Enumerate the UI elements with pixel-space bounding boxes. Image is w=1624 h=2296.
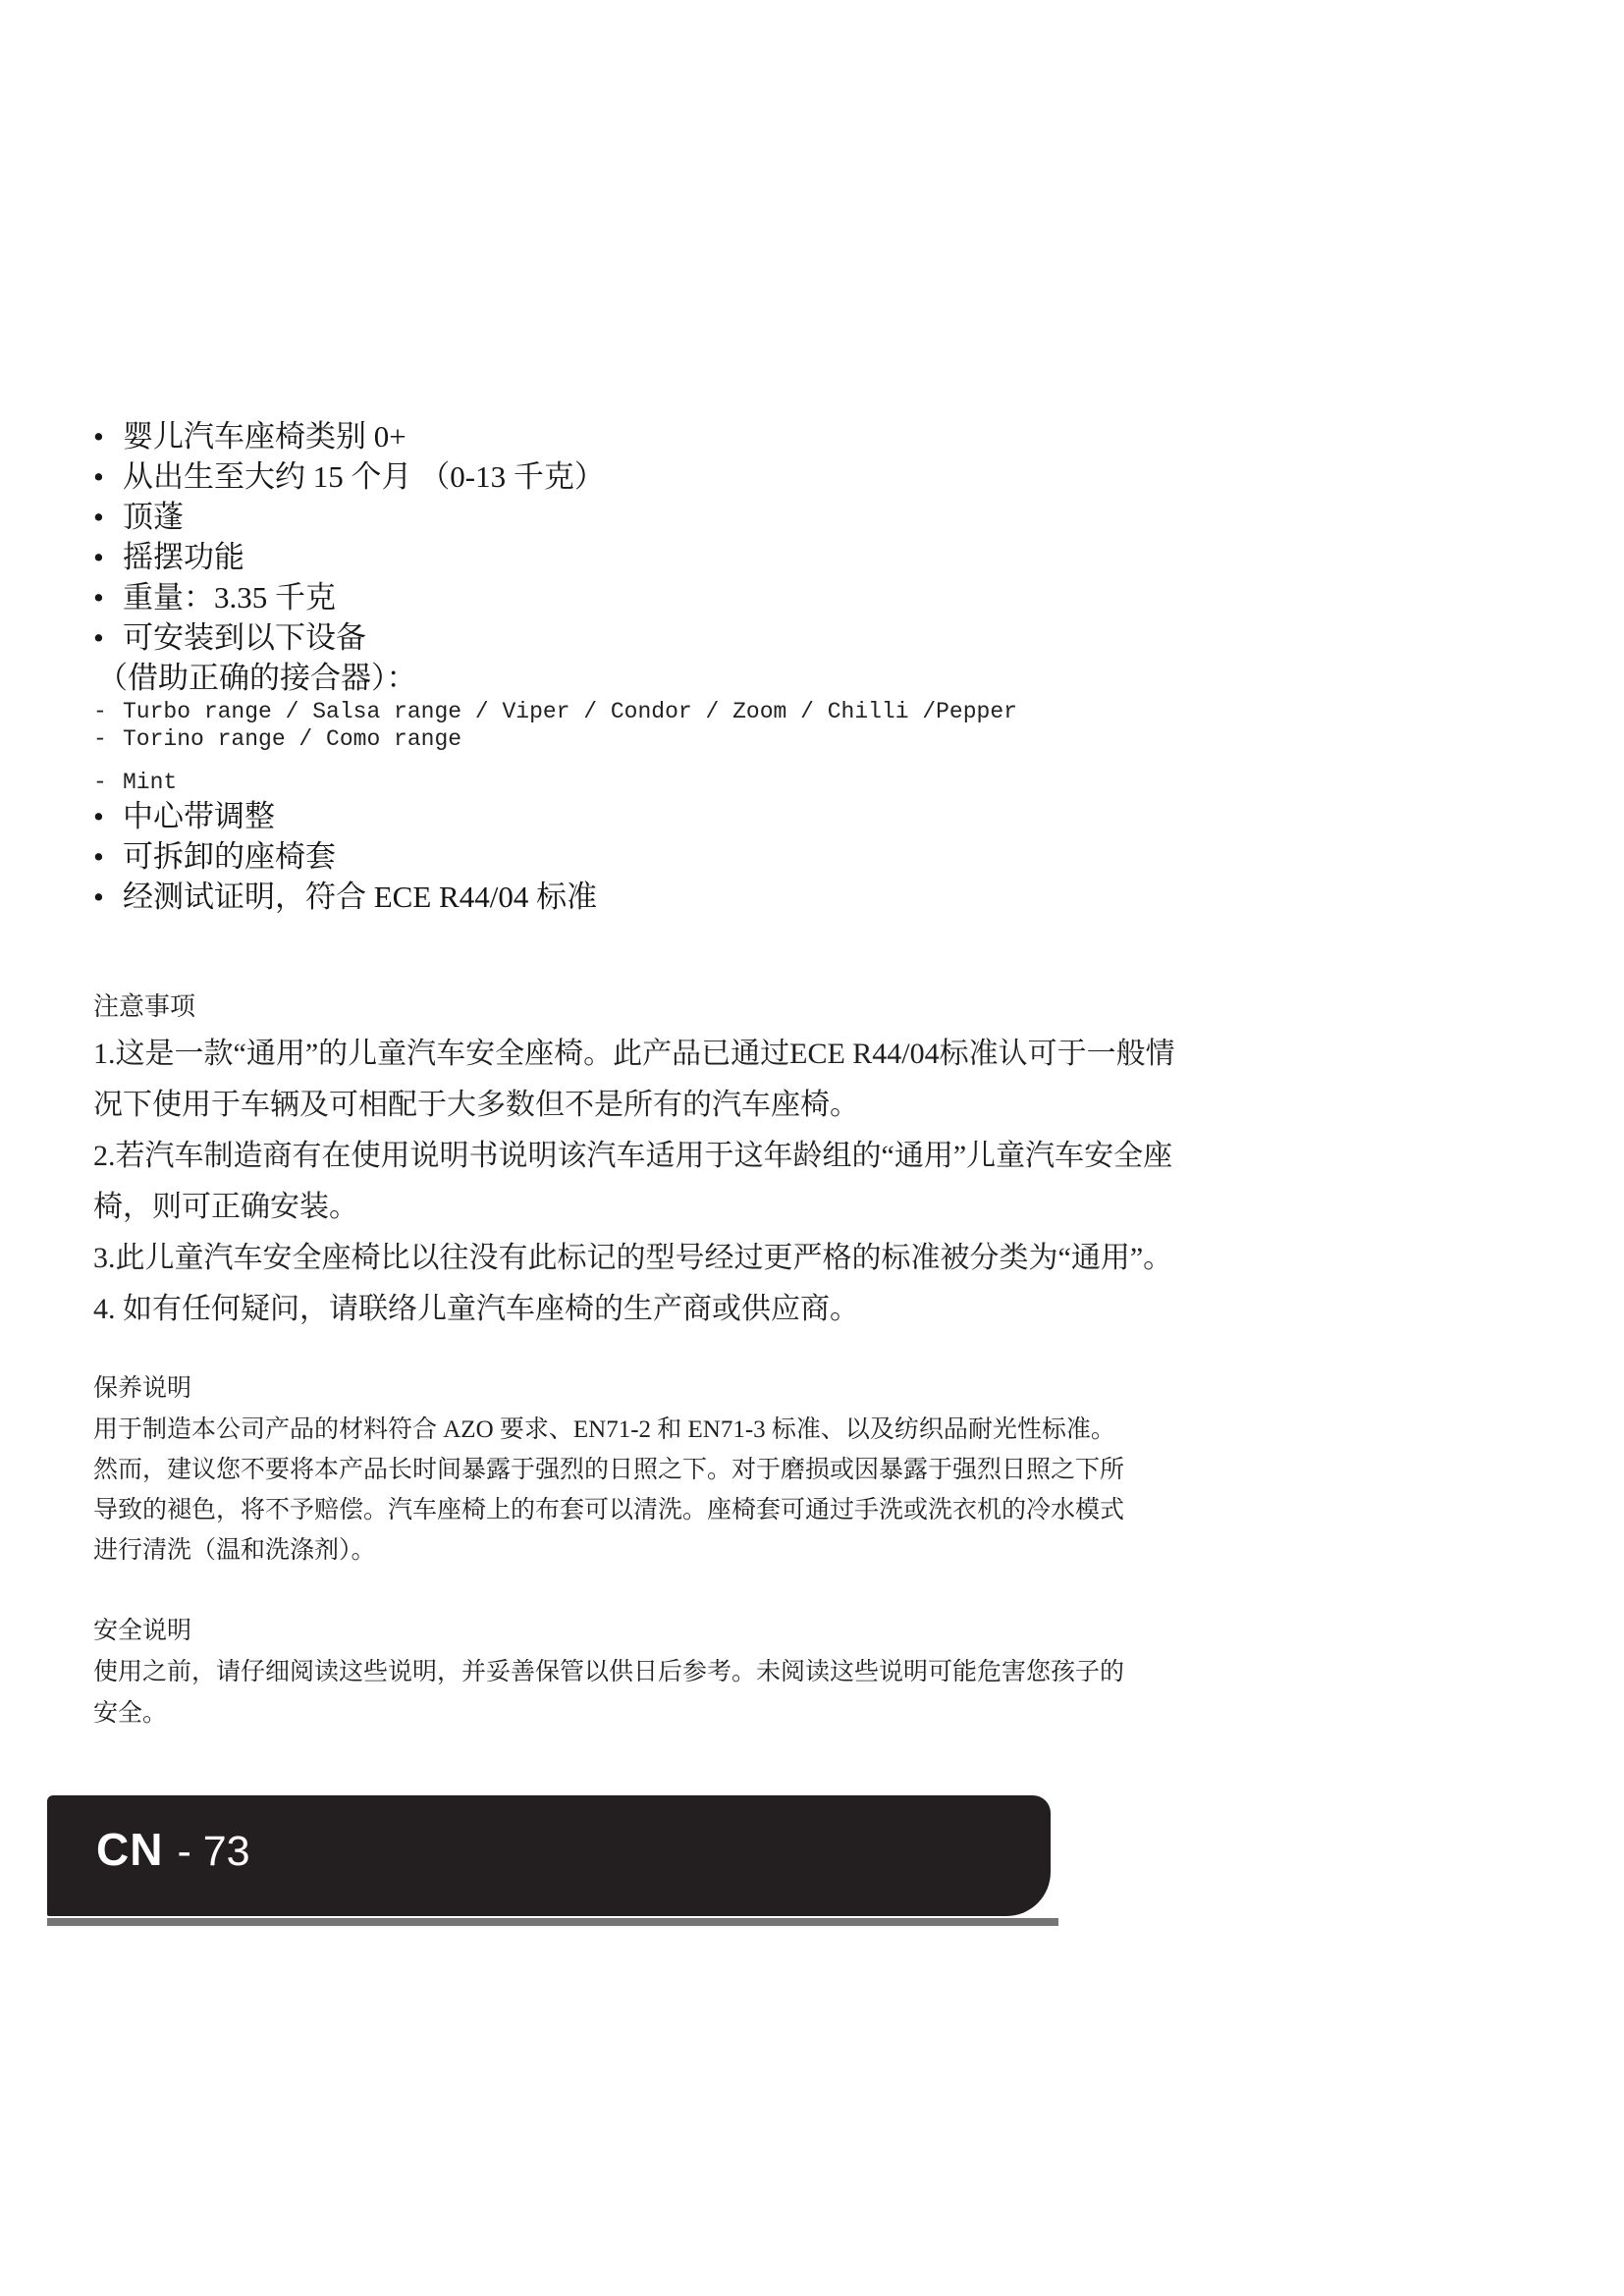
text-line: 使用之前，请仔细阅读这些说明，并妥善保管以供日后参考。未阅读这些说明可能危害您孩… — [93, 1652, 1526, 1693]
feature-text: 顶蓬 — [123, 497, 184, 537]
text-line: 椅，则可正确安装。 — [93, 1182, 1526, 1233]
feature-item: （借助正确的接合器）： — [93, 658, 1526, 698]
footer-page-number: - 73 — [177, 1828, 249, 1875]
bullet-marker: • — [93, 877, 123, 917]
content-area: • 婴儿汽车座椅类别 0+ • 从出生至大约 15 个月 （0-13 千克） •… — [93, 416, 1526, 1735]
bullet-marker: • — [93, 497, 123, 537]
notice-body: 1.这是一款“通用”的儿童汽车安全座椅。此产品已通过ECE R44/04标准认可… — [93, 1029, 1526, 1335]
text-line: 用于制造本公司产品的材料符合 AZO 要求、EN71-2 和 EN71-3 标准… — [93, 1410, 1526, 1450]
text-line: 导致的褪色，将不予赔偿。汽车座椅上的布套可以清洗。座椅套可通过手洗或洗衣机的冷水… — [93, 1490, 1526, 1530]
text-line: 1.这是一款“通用”的儿童汽车安全座椅。此产品已通过ECE R44/04标准认可… — [93, 1029, 1526, 1080]
bullet-marker: • — [93, 836, 123, 877]
feature-text: Turbo range / Salsa range / Viper / Cond… — [123, 698, 1017, 725]
safety-body: 使用之前，请仔细阅读这些说明，并妥善保管以供日后参考。未阅读这些说明可能危害您孩… — [93, 1652, 1526, 1735]
bullet-marker: • — [93, 537, 123, 577]
text-line: 进行清洗（温和洗涤剂）。 — [93, 1530, 1526, 1571]
feature-item: - Mint — [93, 769, 1526, 796]
bullet-marker: • — [93, 796, 123, 836]
maintenance-body: 用于制造本公司产品的材料符合 AZO 要求、EN71-2 和 EN71-3 标准… — [93, 1410, 1526, 1571]
footer-label: CN- 73 — [96, 1823, 250, 1876]
feature-text: 重量：3.35 千克 — [123, 577, 336, 617]
feature-text: 中心带调整 — [123, 796, 275, 836]
feature-text: 经测试证明，符合 ECE R44/04 标准 — [123, 877, 597, 917]
maintenance-title: 保养说明 — [93, 1368, 1526, 1410]
text-line: 2.若汽车制造商有在使用说明书说明该汽车适用于这年龄组的“通用”儿童汽车安全座 — [93, 1131, 1526, 1182]
feature-item: • 从出生至大约 15 个月 （0-13 千克） — [93, 456, 1526, 497]
notice-title: 注意事项 — [93, 986, 1526, 1029]
feature-item: • 可拆卸的座椅套 — [93, 836, 1526, 877]
feature-text: 婴儿汽车座椅类别 0+ — [123, 416, 406, 456]
bullet-marker: • — [93, 416, 123, 456]
feature-text: 可安装到以下设备 — [123, 617, 366, 658]
feature-item: • 可安装到以下设备 — [93, 617, 1526, 658]
section-notice: 注意事项 1.这是一款“通用”的儿童汽车安全座椅。此产品已通过ECE R44/0… — [93, 986, 1526, 1335]
text-line: 4. 如有任何疑问，请联络儿童汽车座椅的生产商或供应商。 — [93, 1284, 1526, 1335]
feature-item: • 经测试证明，符合 ECE R44/04 标准 — [93, 877, 1526, 917]
text-line: 然而，建议您不要将本产品长时间暴露于强烈的日照之下。对于磨损或因暴露于强烈日照之… — [93, 1450, 1526, 1490]
feature-item: - Turbo range / Salsa range / Viper / Co… — [93, 698, 1526, 725]
feature-item: • 摇摆功能 — [93, 537, 1526, 577]
bullet-marker: • — [93, 456, 123, 497]
feature-item: • 婴儿汽车座椅类别 0+ — [93, 416, 1526, 456]
bullet-marker: • — [93, 617, 123, 658]
footer-page-tab: CN- 73 — [47, 1795, 1051, 1916]
footer-shadow-bar — [47, 1918, 1058, 1926]
bullet-marker: - — [93, 769, 123, 796]
bullet-marker: - — [93, 698, 123, 725]
text-line: 安全。 — [93, 1693, 1526, 1735]
feature-item: • 顶蓬 — [93, 497, 1526, 537]
feature-text: Mint — [123, 769, 177, 796]
text-line: 况下使用于车辆及可相配于大多数但不是所有的汽车座椅。 — [93, 1080, 1526, 1131]
feature-text: 可拆卸的座椅套 — [123, 836, 336, 877]
safety-title: 安全说明 — [93, 1611, 1526, 1652]
feature-item: • 重量：3.35 千克 — [93, 577, 1526, 617]
feature-item: - Torino range / Como range — [93, 725, 1526, 753]
footer-language-code: CN — [96, 1824, 163, 1875]
feature-text: 摇摆功能 — [123, 537, 244, 577]
feature-text: 从出生至大约 15 个月 （0-13 千克） — [123, 456, 605, 497]
section-maintenance: 保养说明 用于制造本公司产品的材料符合 AZO 要求、EN71-2 和 EN71… — [93, 1368, 1526, 1571]
text-line: 3.此儿童汽车安全座椅比以往没有此标记的型号经过更严格的标准被分类为“通用”。 — [93, 1233, 1526, 1284]
feature-item: • 中心带调整 — [93, 796, 1526, 836]
feature-text: （借助正确的接合器）： — [97, 658, 417, 698]
feature-list: • 婴儿汽车座椅类别 0+ • 从出生至大约 15 个月 （0-13 千克） •… — [93, 416, 1526, 917]
bullet-marker: • — [93, 577, 123, 617]
bullet-marker: - — [93, 725, 123, 753]
document-page: • 婴儿汽车座椅类别 0+ • 从出生至大约 15 个月 （0-13 千克） •… — [0, 0, 1624, 2296]
feature-text: Torino range / Como range — [123, 725, 461, 753]
section-safety: 安全说明 使用之前，请仔细阅读这些说明，并妥善保管以供日后参考。未阅读这些说明可… — [93, 1611, 1526, 1735]
